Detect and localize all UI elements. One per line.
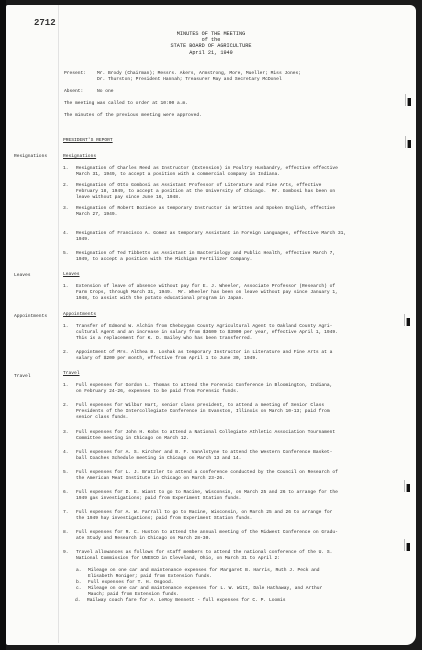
index-tab-mark xyxy=(407,140,411,148)
margin-label-leaves: Leaves xyxy=(14,273,31,278)
minutes-approved: The minutes of the previous meeting were… xyxy=(64,113,202,119)
margin-label-travel: Travel xyxy=(14,374,31,379)
resignations-heading: Resignations xyxy=(63,154,96,160)
present-label: Present: xyxy=(64,71,86,77)
margin-rule xyxy=(58,5,59,643)
leaves-heading: Leaves xyxy=(63,272,80,278)
document-title: MINUTES OF THE MEETING of the STATE BOAR… xyxy=(0,31,422,56)
called-to-order: The meeting was called to order at 10:00… xyxy=(64,101,188,107)
absent-value: No one xyxy=(97,89,114,95)
title-line-4: April 21, 1949 xyxy=(0,50,422,56)
margin-label-resignations: Resignations xyxy=(14,154,47,159)
index-tab-mark xyxy=(406,484,410,492)
margin-label-appointments: Appointments xyxy=(14,314,47,319)
absent-label: Absent: xyxy=(64,89,83,95)
appointments-heading: Appointments xyxy=(63,312,96,318)
present-line-2: Dr. Thurston; President Hannah; Treasure… xyxy=(97,77,282,83)
presidents-report-heading: PRESIDENT'S REPORT xyxy=(63,138,113,144)
index-tab-mark xyxy=(407,98,411,106)
page-number: 2712 xyxy=(34,18,56,28)
index-tab-mark xyxy=(406,543,410,551)
index-tab-mark xyxy=(406,318,410,326)
travel-heading: Travel xyxy=(63,371,80,377)
